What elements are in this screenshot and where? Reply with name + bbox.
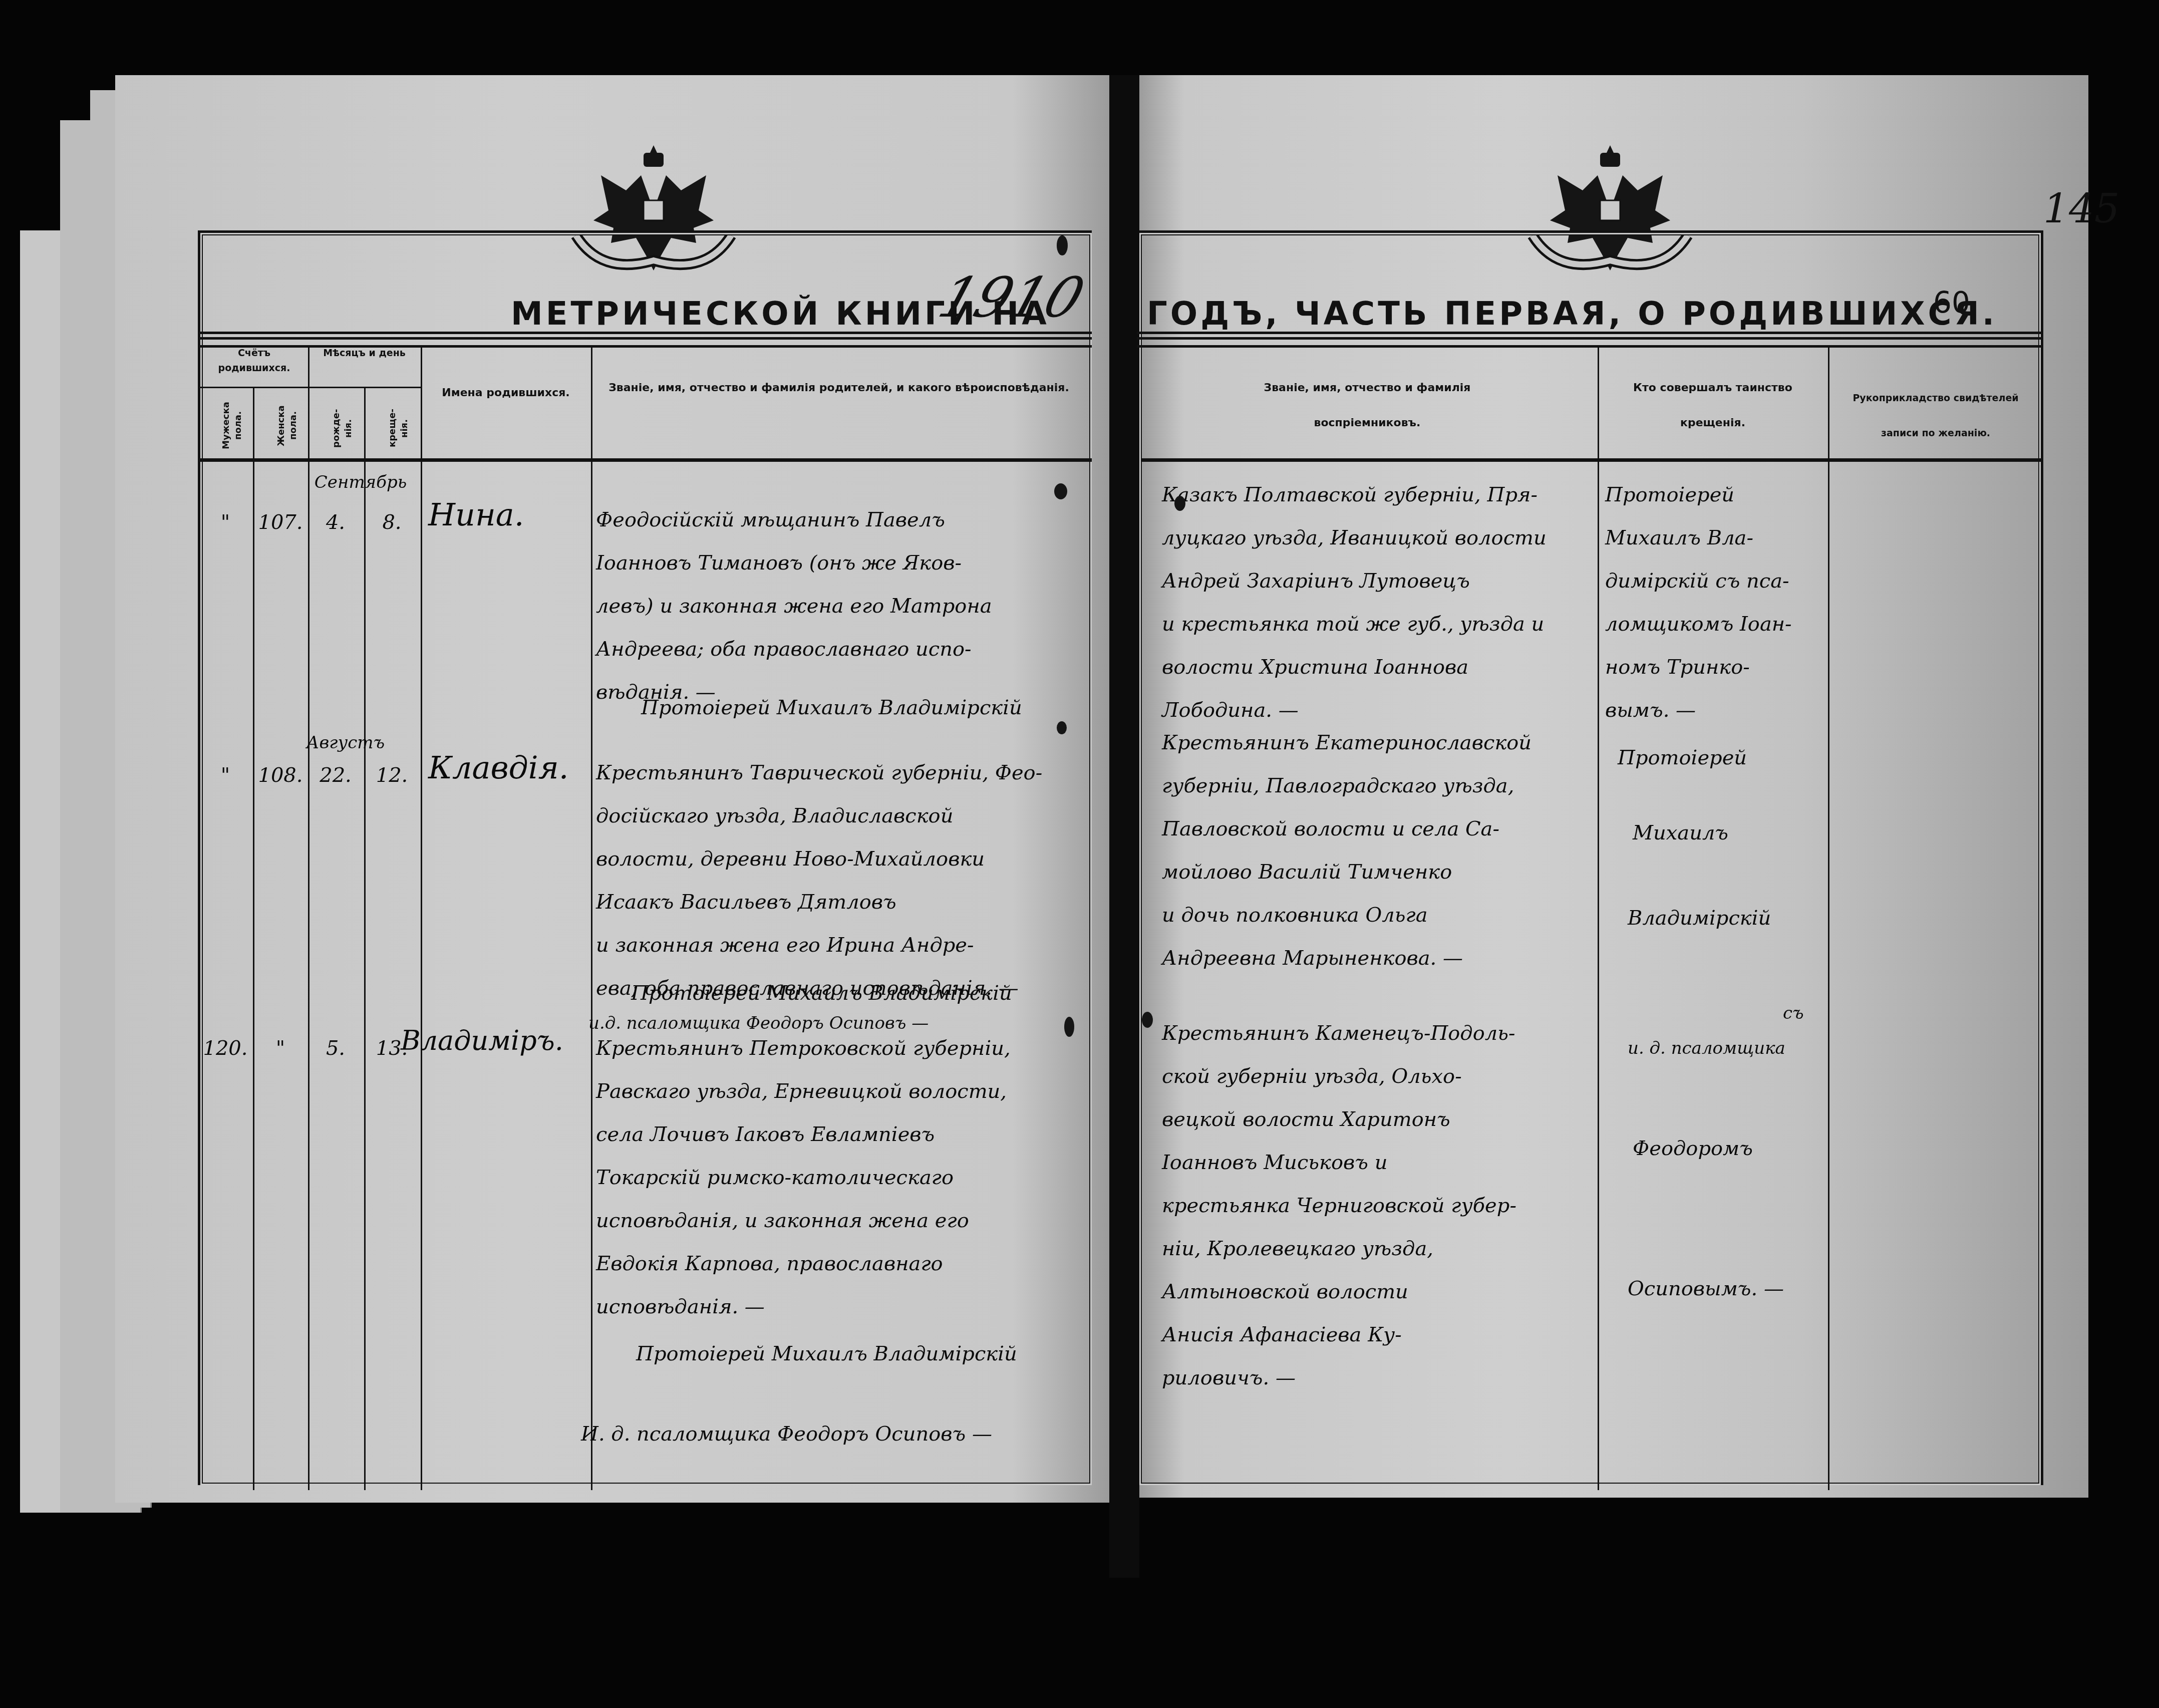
text-line: Михаилъ Вла- xyxy=(1605,516,1825,559)
text-line: Андрей Захаріинъ Лутовецъ xyxy=(1162,559,1593,603)
entry-2-child-name: Клавдія. xyxy=(428,746,568,789)
header-priest: Кто совершалъ таинство крещенія. xyxy=(1605,371,1820,441)
text-line: Павловской волости и села Са- xyxy=(1162,807,1593,850)
header-names: Имена родившихся. xyxy=(423,386,588,401)
book-gutter xyxy=(1109,75,1139,1578)
header-parents: Званіе, имя, отчество и фамилія родителе… xyxy=(601,371,1077,406)
header-female: Женска пола. xyxy=(275,396,299,456)
text-line: димірскій съ пса- xyxy=(1605,559,1825,603)
text-line: Крестьянинъ Петроковской губерніи, xyxy=(596,1027,1087,1070)
text-line: исповѣданія, и законная жена его xyxy=(596,1199,1087,1242)
text-line: волости Христина Іоаннова xyxy=(1162,646,1593,689)
entry-1-child-name: Нина. xyxy=(428,493,524,536)
text-line: номъ Тринко- xyxy=(1605,646,1825,689)
col-divider xyxy=(591,346,592,1490)
col-divider xyxy=(308,346,310,1490)
text-line: и законная жена его Ирина Андре- xyxy=(596,924,1087,967)
col-divider xyxy=(1598,346,1599,1490)
entry-3-male-no: 120. xyxy=(200,1027,250,1070)
text-line: риловичъ. — xyxy=(1162,1356,1593,1399)
text-line: Феодосійскій мѣщанинъ Павелъ xyxy=(596,498,1087,541)
text-line: ломщикомъ Іоан- xyxy=(1605,603,1825,646)
text-line: Іоанновъ Миськовъ и xyxy=(1162,1141,1593,1184)
entry-1-priest: Протоіерей Михаилъ Вла- димірскій съ пса… xyxy=(1605,473,1825,732)
header-signatures: Рукоприкладство свидѣтелей записи по жел… xyxy=(1833,381,2038,451)
entry-2-priest-line-3: Владимірскій xyxy=(1628,897,1771,940)
binding-hole xyxy=(1057,721,1067,734)
text-line: левъ) и законная жена его Матрона xyxy=(596,585,1087,628)
entry-3-psalmist-signature: И. д. псаломщика Феодоръ Осиповъ — xyxy=(581,1412,992,1456)
entry-2-male-no: " xyxy=(200,754,250,797)
subheader-rule xyxy=(200,387,421,388)
text-line: Равскаго уѣзда, Ерневицкой волости, xyxy=(596,1070,1087,1113)
entry-2-parents: Крестьянинъ Таврической губерніи, Фео- д… xyxy=(596,751,1087,1010)
text-line: вымъ. — xyxy=(1605,689,1825,732)
col-divider xyxy=(1828,346,1829,1490)
header-bottom-rule-right xyxy=(1142,458,2043,462)
header-baptism: креще-нія. xyxy=(387,401,411,456)
entry-1-baptism-day: 8. xyxy=(366,501,418,544)
binding-hole xyxy=(1064,1017,1074,1037)
title-right: годъ, часть первая, о родившихся. xyxy=(1147,296,1997,333)
entry-3-child-name: Владиміръ. xyxy=(401,1019,563,1062)
header-godparents: Званіе, имя, отчество и фамилія воспріем… xyxy=(1212,371,1522,441)
text-line: мойлово Василій Тимченко xyxy=(1162,850,1593,894)
col-divider xyxy=(364,388,366,1490)
entry-2-birth-day: 22. xyxy=(311,754,361,797)
entry-1-male-no: " xyxy=(200,501,250,544)
entry-3-godparents: Крестьянинъ Каменецъ-Подоль- ской губерн… xyxy=(1162,1012,1593,1399)
text-line: волости, деревни Ново-Михайловки xyxy=(596,837,1087,881)
text-line: Протоіерей xyxy=(1605,473,1825,516)
text-line: ніи, Кролевецкаго уѣзда, xyxy=(1162,1227,1593,1270)
entry-2-godparents: Крестьянинъ Екатеринославской губерніи, … xyxy=(1162,721,1593,980)
text-line: села Лочивъ Іаковъ Евлампіевъ xyxy=(596,1113,1087,1156)
text-line: Іоанновъ Тимановъ (онъ же Яков- xyxy=(596,541,1087,585)
entry-2-baptism-day: 12. xyxy=(366,754,418,797)
text-line: и крестьянка той же губ., уѣзда и xyxy=(1162,603,1593,646)
year-handwritten: 1910 xyxy=(931,265,1092,330)
col-divider xyxy=(421,346,422,1490)
text-line: Анисія Афанасіева Ку- xyxy=(1162,1313,1593,1356)
entry-3-birth-day: 5. xyxy=(311,1027,361,1070)
text-line: Крестьянинъ Екатеринославской xyxy=(1162,721,1593,764)
entry-3-priest-line-4: Осиповымъ. — xyxy=(1628,1267,1784,1310)
col-divider xyxy=(253,388,254,1490)
text-line: Крестьянинъ Каменецъ-Подоль- xyxy=(1162,1012,1593,1055)
entry-3-female-no: " xyxy=(255,1027,305,1070)
text-line: крестьянка Черниговской губер- xyxy=(1162,1184,1593,1227)
entry-2-priest-line-1: Протоіерей xyxy=(1618,736,1747,779)
text-line: Казакъ Полтавской губерніи, Пря- xyxy=(1162,473,1593,516)
header-birth-count: Счётъ родившихся. xyxy=(203,346,305,376)
ink-blot xyxy=(1057,235,1068,255)
entry-3-priest-line-1: съ xyxy=(1783,992,1804,1035)
text-line: Крестьянинъ Таврической губерніи, Фео- xyxy=(596,751,1087,794)
header-rule-right xyxy=(1137,332,2043,348)
binding-hole xyxy=(1174,496,1185,511)
entry-3-priest-line-2: и. д. псаломщика xyxy=(1628,1027,1785,1070)
entry-1-female-no: 107. xyxy=(255,501,305,544)
text-line: луцкаго уѣзда, Иваницкой волости xyxy=(1162,516,1593,559)
binding-hole xyxy=(1054,483,1067,499)
header-month-day: Мѣсяцъ и день xyxy=(311,346,418,361)
text-line: досійскаго уѣзда, Владиславской xyxy=(596,794,1087,837)
entry-1-parents: Феодосійскій мѣщанинъ Павелъ Іоанновъ Ти… xyxy=(596,498,1087,714)
text-line: Алтыновской волости xyxy=(1162,1270,1593,1313)
entry-3-priest-signature: Протоіерей Михаилъ Владимірскій xyxy=(636,1332,1017,1375)
header-male: Мужеска пола. xyxy=(220,396,244,456)
entry-1-priest-signature: Протоіерей Михаилъ Владимірскій xyxy=(641,686,1022,729)
text-line: Евдокія Карпова, православнаго xyxy=(596,1242,1087,1285)
text-line: Андреева; оба православнаго испо- xyxy=(596,628,1087,671)
text-line: Андреевна Марыненкова. — xyxy=(1162,937,1593,980)
entry-3-parents: Крестьянинъ Петроковской губерніи, Равск… xyxy=(596,1027,1087,1328)
text-line: ской губерніи уѣзда, Ольхо- xyxy=(1162,1055,1593,1098)
entry-1-godparents: Казакъ Полтавской губерніи, Пря- луцкаго… xyxy=(1162,473,1593,732)
entry-1-month: Сентябрь xyxy=(295,461,426,504)
folio-number: 145 xyxy=(2043,185,2120,232)
text-line: Исаакъ Васильевъ Дятловъ xyxy=(596,881,1087,924)
entry-2-priest-line-2: Михаилъ xyxy=(1633,811,1728,855)
text-line: вецкой волости Харитонъ xyxy=(1162,1098,1593,1141)
entry-3-priest-line-3: Феодоромъ xyxy=(1633,1127,1753,1170)
text-line: губерніи, Павлоградскаго уѣзда, xyxy=(1162,764,1593,807)
text-line: исповѣданія. — xyxy=(596,1285,1087,1328)
text-line: Токарскій римско-католическаго xyxy=(596,1156,1087,1199)
binding-hole xyxy=(1142,1012,1153,1028)
header-birth: рожде-нія. xyxy=(331,401,355,456)
text-line: и дочь полковника Ольга xyxy=(1162,894,1593,937)
entry-2-female-no: 108. xyxy=(255,754,305,797)
entry-1-birth-day: 4. xyxy=(311,501,361,544)
